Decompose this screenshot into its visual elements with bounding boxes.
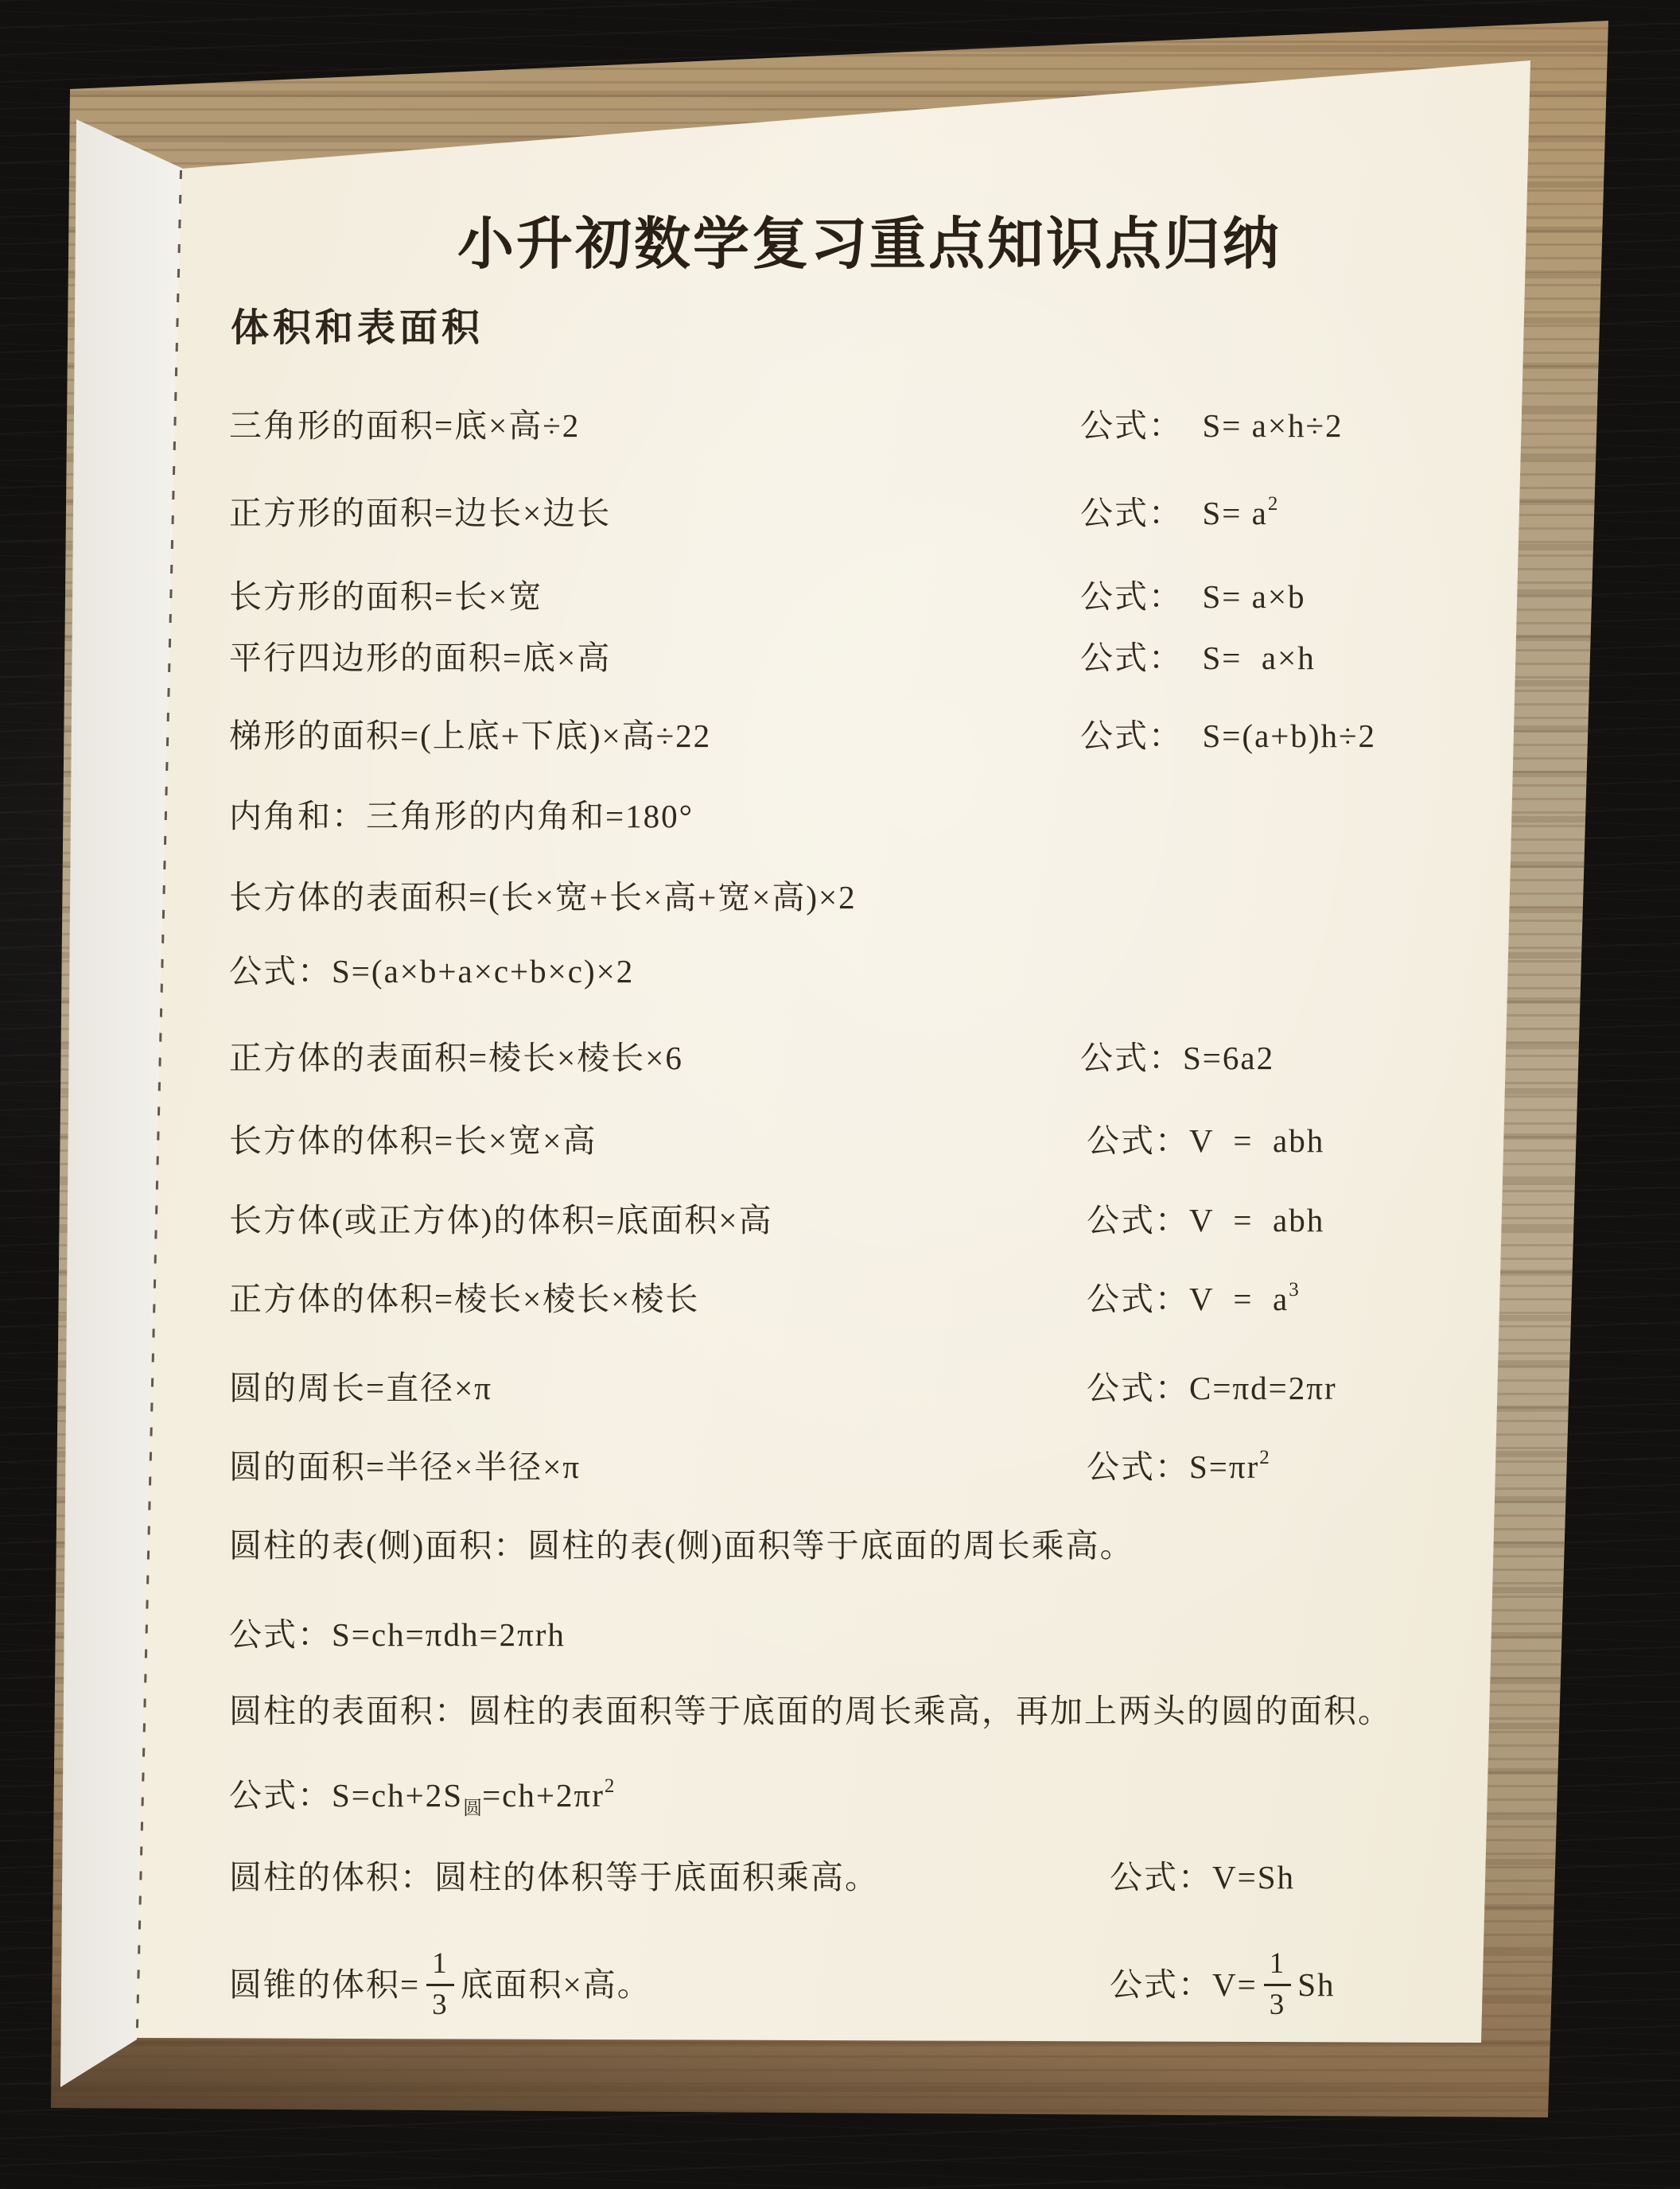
formula-part: =ch+2πr (482, 1777, 605, 1814)
row-3-definition: 长方形的面积=长×宽 (229, 575, 542, 618)
row-20-formula: 公式：V= 13 Sh (1110, 1925, 1336, 2044)
row-6-definition: 内角和：三角形的内角和=180° (229, 795, 694, 838)
row-1-formula: 公式： S= a×h÷2 (1080, 404, 1344, 447)
row-2-formula: 公式： S= a2 (1080, 492, 1277, 540)
row-3-formula: 公式： S= a×b (1080, 575, 1306, 618)
page-title: 小升初数学复习重点知识点归纳 (457, 212, 1281, 278)
row-9-formula: 公式：S=6a2 (1080, 1036, 1274, 1079)
row-13-definition: 圆的周长=直径×π (229, 1367, 492, 1409)
row-18-definition: 公式：S=ch+2S圆=ch+2πr2 (229, 1774, 614, 1822)
row-5-definition: 梯形的面积=(上底+下底)×高÷22 (229, 714, 711, 757)
fraction-numerator: 1 (426, 1949, 454, 1986)
row-17-definition: 圆柱的表面积：圆柱的表面积等于底面的周长乘高，再加上两头的圆的面积。 (229, 1689, 1392, 1732)
formula-part: 底面积×高。 (461, 1963, 651, 2006)
fraction-denominator: 3 (432, 1986, 449, 2021)
row-12-formula: 公式：V = a3 (1087, 1277, 1299, 1326)
row-4-definition: 平行四边形的面积=底×高 (229, 636, 611, 679)
row-19-definition: 圆柱的体积：圆柱的体积等于底面积乘高。 (229, 1856, 879, 1899)
row-11-formula: 公式：V = abh (1087, 1199, 1324, 1242)
formula-superscript: 3 (1289, 1279, 1299, 1301)
formula-base: 公式：S=πr (1087, 1448, 1259, 1485)
row-9-definition: 正方体的表面积=棱长×棱长×6 (229, 1036, 683, 1079)
fraction-one-third: 13 (1264, 1949, 1292, 2021)
row-10-definition: 长方体的体积=长×宽×高 (229, 1119, 597, 1162)
row-20-definition: 圆锥的体积= 13 底面积×高。 (229, 1925, 651, 2044)
formula-part: Sh (1297, 1963, 1335, 2006)
row-12-definition: 正方体的体积=棱长×棱长×棱长 (229, 1277, 699, 1320)
row-14-formula: 公式：S=πr2 (1087, 1445, 1270, 1494)
formula-superscript: 2 (605, 1775, 615, 1797)
photo-scene: 小升初数学复习重点知识点归纳 体积和表面积 三角形的面积=底×高÷2 公式： S… (0, 0, 1680, 2189)
row-7-definition: 长方体的表面积=(长×宽+长×高+宽×高)×2 (229, 876, 857, 919)
fraction-numerator: 1 (1264, 1949, 1292, 1986)
row-4-formula: 公式： S= a×h (1080, 636, 1316, 679)
formula-superscript: 2 (1259, 1447, 1270, 1468)
row-19-formula: 公式：V=Sh (1110, 1856, 1295, 1899)
section-heading: 体积和表面积 (231, 307, 484, 350)
row-10-formula: 公式：V = abh (1087, 1119, 1324, 1162)
row-13-formula: 公式：C=πd=2πr (1087, 1367, 1337, 1409)
row-14-definition: 圆的面积=半径×半径×π (229, 1445, 581, 1488)
fraction-denominator: 3 (1270, 1986, 1286, 2021)
formula-base: 公式： S= a (1080, 495, 1268, 531)
row-1-definition: 三角形的面积=底×高÷2 (229, 404, 580, 447)
formula-part: 圆锥的体积= (229, 1963, 420, 2006)
row-8-definition: 公式：S=(a×b+a×c+b×c)×2 (229, 950, 634, 993)
formula-base: 公式：V = a (1087, 1281, 1289, 1317)
formula-part: 公式：V= (1110, 1963, 1258, 2006)
row-5-formula: 公式： S=(a+b)h÷2 (1080, 714, 1376, 757)
formula-part: 公式：S=ch+2S (229, 1777, 463, 1814)
row-2-definition: 正方形的面积=边长×边长 (229, 492, 611, 535)
row-16-definition: 公式：S=ch=πdh=2πrh (229, 1613, 566, 1656)
row-11-definition: 长方体(或正方体)的体积=底面积×高 (229, 1199, 773, 1242)
formula-superscript: 2 (1268, 493, 1278, 515)
row-15-definition: 圆柱的表(侧)面积：圆柱的表(侧)面积等于底面的周长乘高。 (229, 1524, 1134, 1567)
formula-subscript: 圆 (463, 1798, 482, 1819)
fraction-one-third: 13 (426, 1949, 454, 2021)
